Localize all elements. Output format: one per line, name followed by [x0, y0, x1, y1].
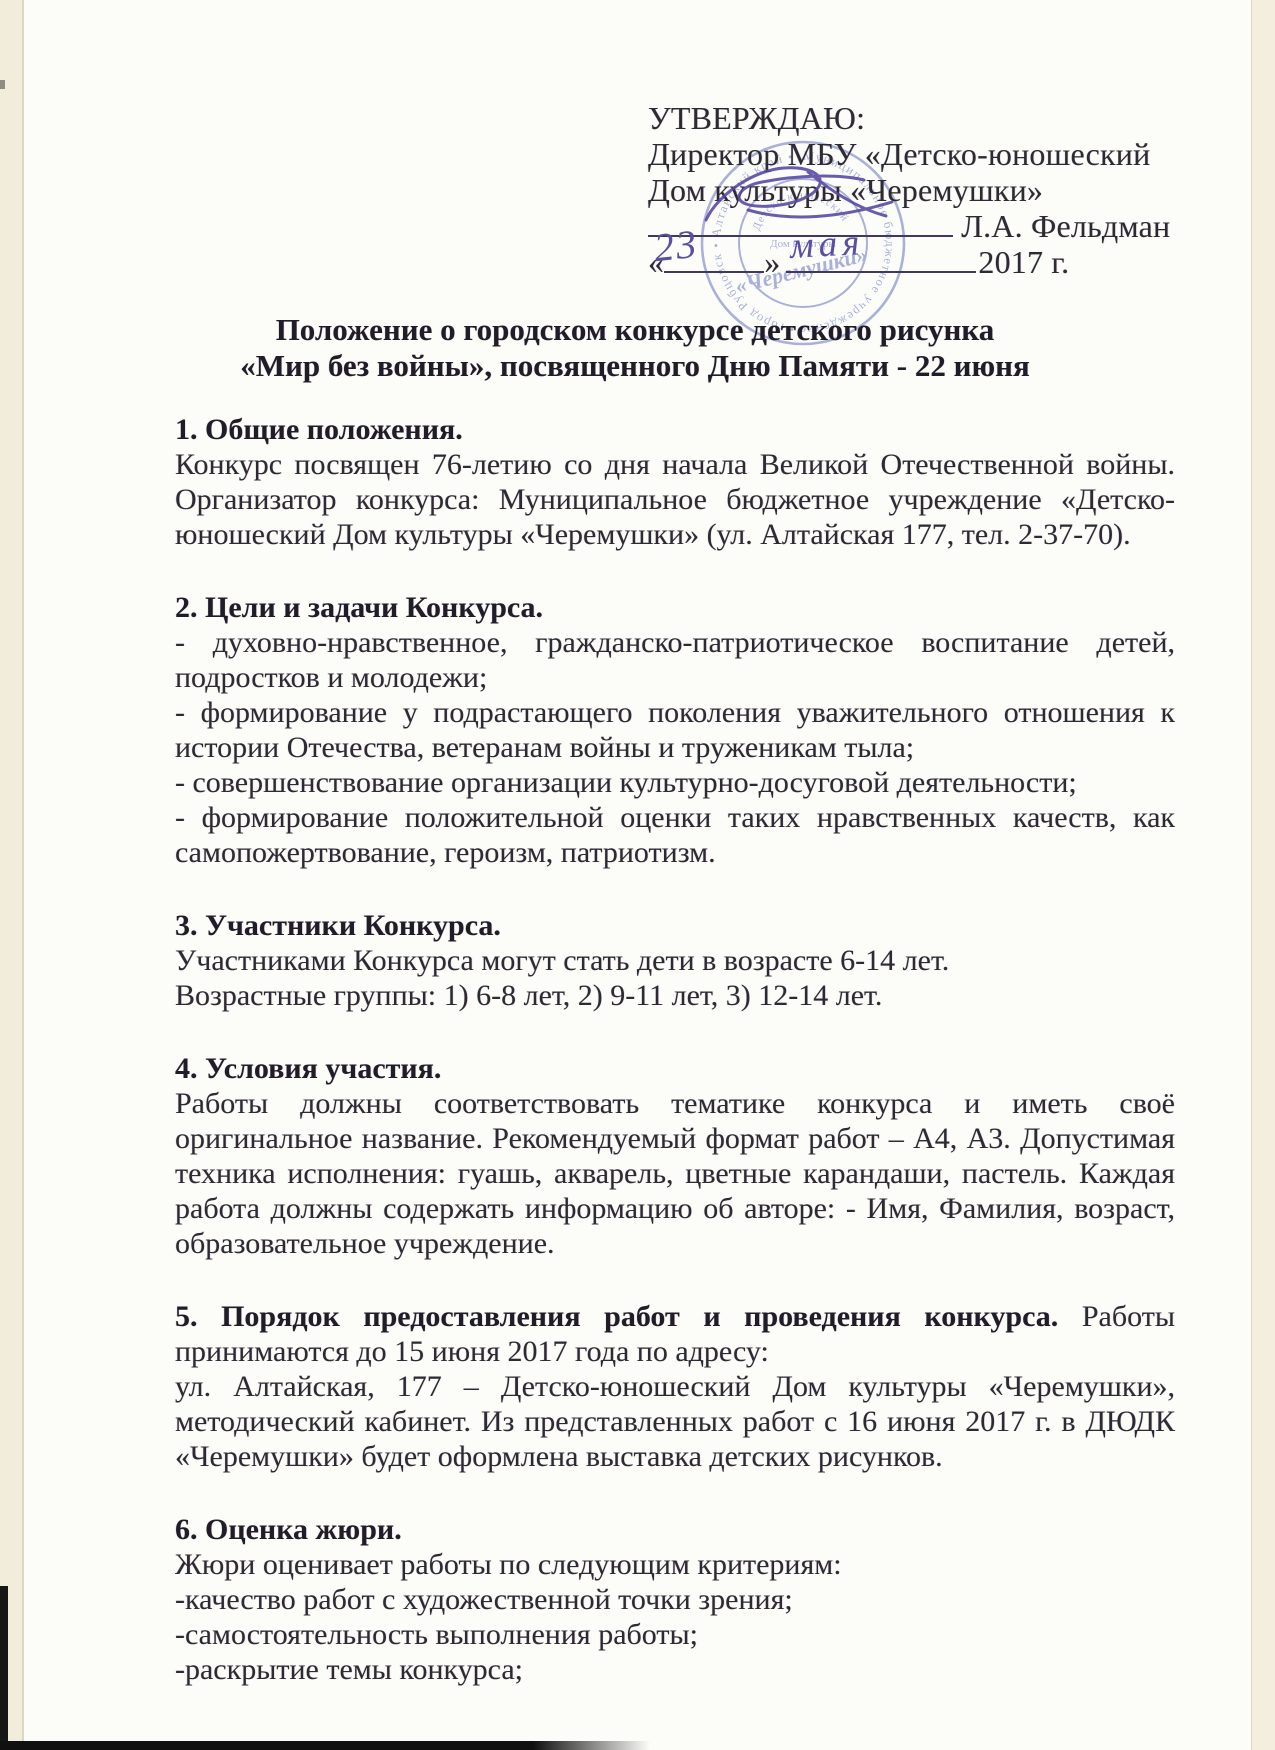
section-heading-text: 3. Участники Конкурса.	[175, 909, 501, 942]
section-heading-tail: Работы	[1082, 1300, 1175, 1333]
text-line: Возрастные группы: 1) 6-8 лет, 2) 9-11 л…	[175, 978, 1175, 1013]
date-close-quote: »	[764, 244, 780, 280]
signatory-name: Л.А. Фельдман	[961, 208, 1170, 244]
section-heading: 1. Общие положения.	[175, 412, 1175, 447]
text-line: Участниками Конкурса могут стать дети в …	[175, 943, 1175, 978]
scan-edge-left	[0, 0, 24, 1750]
text-line: техника исполнения: гуашь, акварель, цве…	[175, 1156, 1175, 1191]
scan-black-band-bottom	[0, 1741, 650, 1750]
text-line: -самостоятельность выполнения работы;	[175, 1617, 1175, 1652]
section-heading: 5. Порядок предоставления работ и провед…	[175, 1299, 1175, 1334]
section-heading: 6. Оценка жюри.	[175, 1512, 1175, 1547]
document-section: 3. Участники Конкурса.Участниками Конкур…	[175, 908, 1175, 1013]
scanned-document-page: Муниципальное бюджетное учреждение • гор…	[0, 0, 1275, 1750]
text-line: Конкурс посвящен 76-летию со дня начала …	[175, 447, 1175, 482]
text-line: принимаются до 15 июня 2017 года по адре…	[175, 1334, 1175, 1369]
approval-date-line: «»2017 г.	[648, 244, 1228, 280]
text-line: оригинальное название. Рекомендуемый фор…	[175, 1121, 1175, 1156]
text-line: самопожертвование, героизм, патриотизм.	[175, 835, 1175, 870]
text-line: Жюри оценивает работы по следующим крите…	[175, 1547, 1175, 1582]
document-section: 5. Порядок предоставления работ и провед…	[175, 1299, 1175, 1474]
text-line: -раскрытие темы конкурса;	[175, 1652, 1175, 1687]
document-body: 1. Общие положения.Конкурс посвящен 76-л…	[175, 412, 1175, 1687]
document-section: 2. Цели и задачи Конкурса.- духовно-нрав…	[175, 590, 1175, 870]
text-line: работа должны содержать информацию об ав…	[175, 1191, 1175, 1226]
text-line: Организатор конкурса: Муниципальное бюдж…	[175, 482, 1175, 517]
scan-edge-right	[1251, 0, 1275, 1750]
document-section: 1. Общие положения.Конкурс посвящен 76-л…	[175, 412, 1175, 552]
handwritten-month: мая	[789, 221, 865, 268]
text-line: образовательное учреждение.	[175, 1226, 1175, 1261]
text-line: - формирование у подрастающего поколения…	[175, 695, 1175, 730]
date-year: 2017 г.	[978, 244, 1069, 280]
text-line: -качество работ с художественной точки з…	[175, 1582, 1175, 1617]
section-heading-text: 2. Цели и задачи Конкурса.	[175, 591, 543, 624]
text-line: ул. Алтайская, 177 – Детско-юношеский До…	[175, 1369, 1175, 1404]
section-heading-text: 1. Общие положения.	[175, 413, 463, 446]
text-line: - духовно-нравственное, гражданско-патри…	[175, 625, 1175, 660]
scan-black-bar-left	[0, 1586, 8, 1750]
section-heading: 2. Цели и задачи Конкурса.	[175, 590, 1175, 625]
handwritten-day: 23	[652, 220, 701, 271]
section-heading-text: 5. Порядок предоставления работ и провед…	[175, 1300, 1058, 1333]
text-line: Работы должны соответствовать тематике к…	[175, 1086, 1175, 1121]
title-line-1: Положение о городском конкурсе детского …	[175, 312, 1095, 348]
document-section: 4. Условия участия.Работы должны соответ…	[175, 1051, 1175, 1261]
text-line: юношеский Дом культуры «Черемушки» (ул. …	[175, 517, 1175, 552]
title-line-2: «Мир без войны», посвященного Дню Памяти…	[175, 348, 1095, 384]
text-line: - совершенствование организации культурн…	[175, 765, 1175, 800]
text-line: методический кабинет. Из представленных …	[175, 1404, 1175, 1439]
approval-approve-word: УТВЕРЖДАЮ:	[648, 100, 1228, 136]
section-heading-text: 4. Условия участия.	[175, 1052, 441, 1085]
document-section: 6. Оценка жюри.Жюри оценивает работы по …	[175, 1512, 1175, 1687]
text-line: «Черемушки» будет оформлена выставка дет…	[175, 1439, 1175, 1474]
document-title: Положение о городском конкурсе детского …	[175, 312, 1095, 384]
text-line: - формирование положительной оценки таки…	[175, 800, 1175, 835]
scan-speck	[0, 80, 5, 89]
section-heading: 3. Участники Конкурса.	[175, 908, 1175, 943]
section-heading: 4. Условия участия.	[175, 1051, 1175, 1086]
text-line: истории Отечества, ветеранам войны и тру…	[175, 730, 1175, 765]
date-month-underline	[786, 267, 976, 273]
section-heading-text: 6. Оценка жюри.	[175, 1513, 402, 1546]
text-line: подростков и молодежи;	[175, 660, 1175, 695]
